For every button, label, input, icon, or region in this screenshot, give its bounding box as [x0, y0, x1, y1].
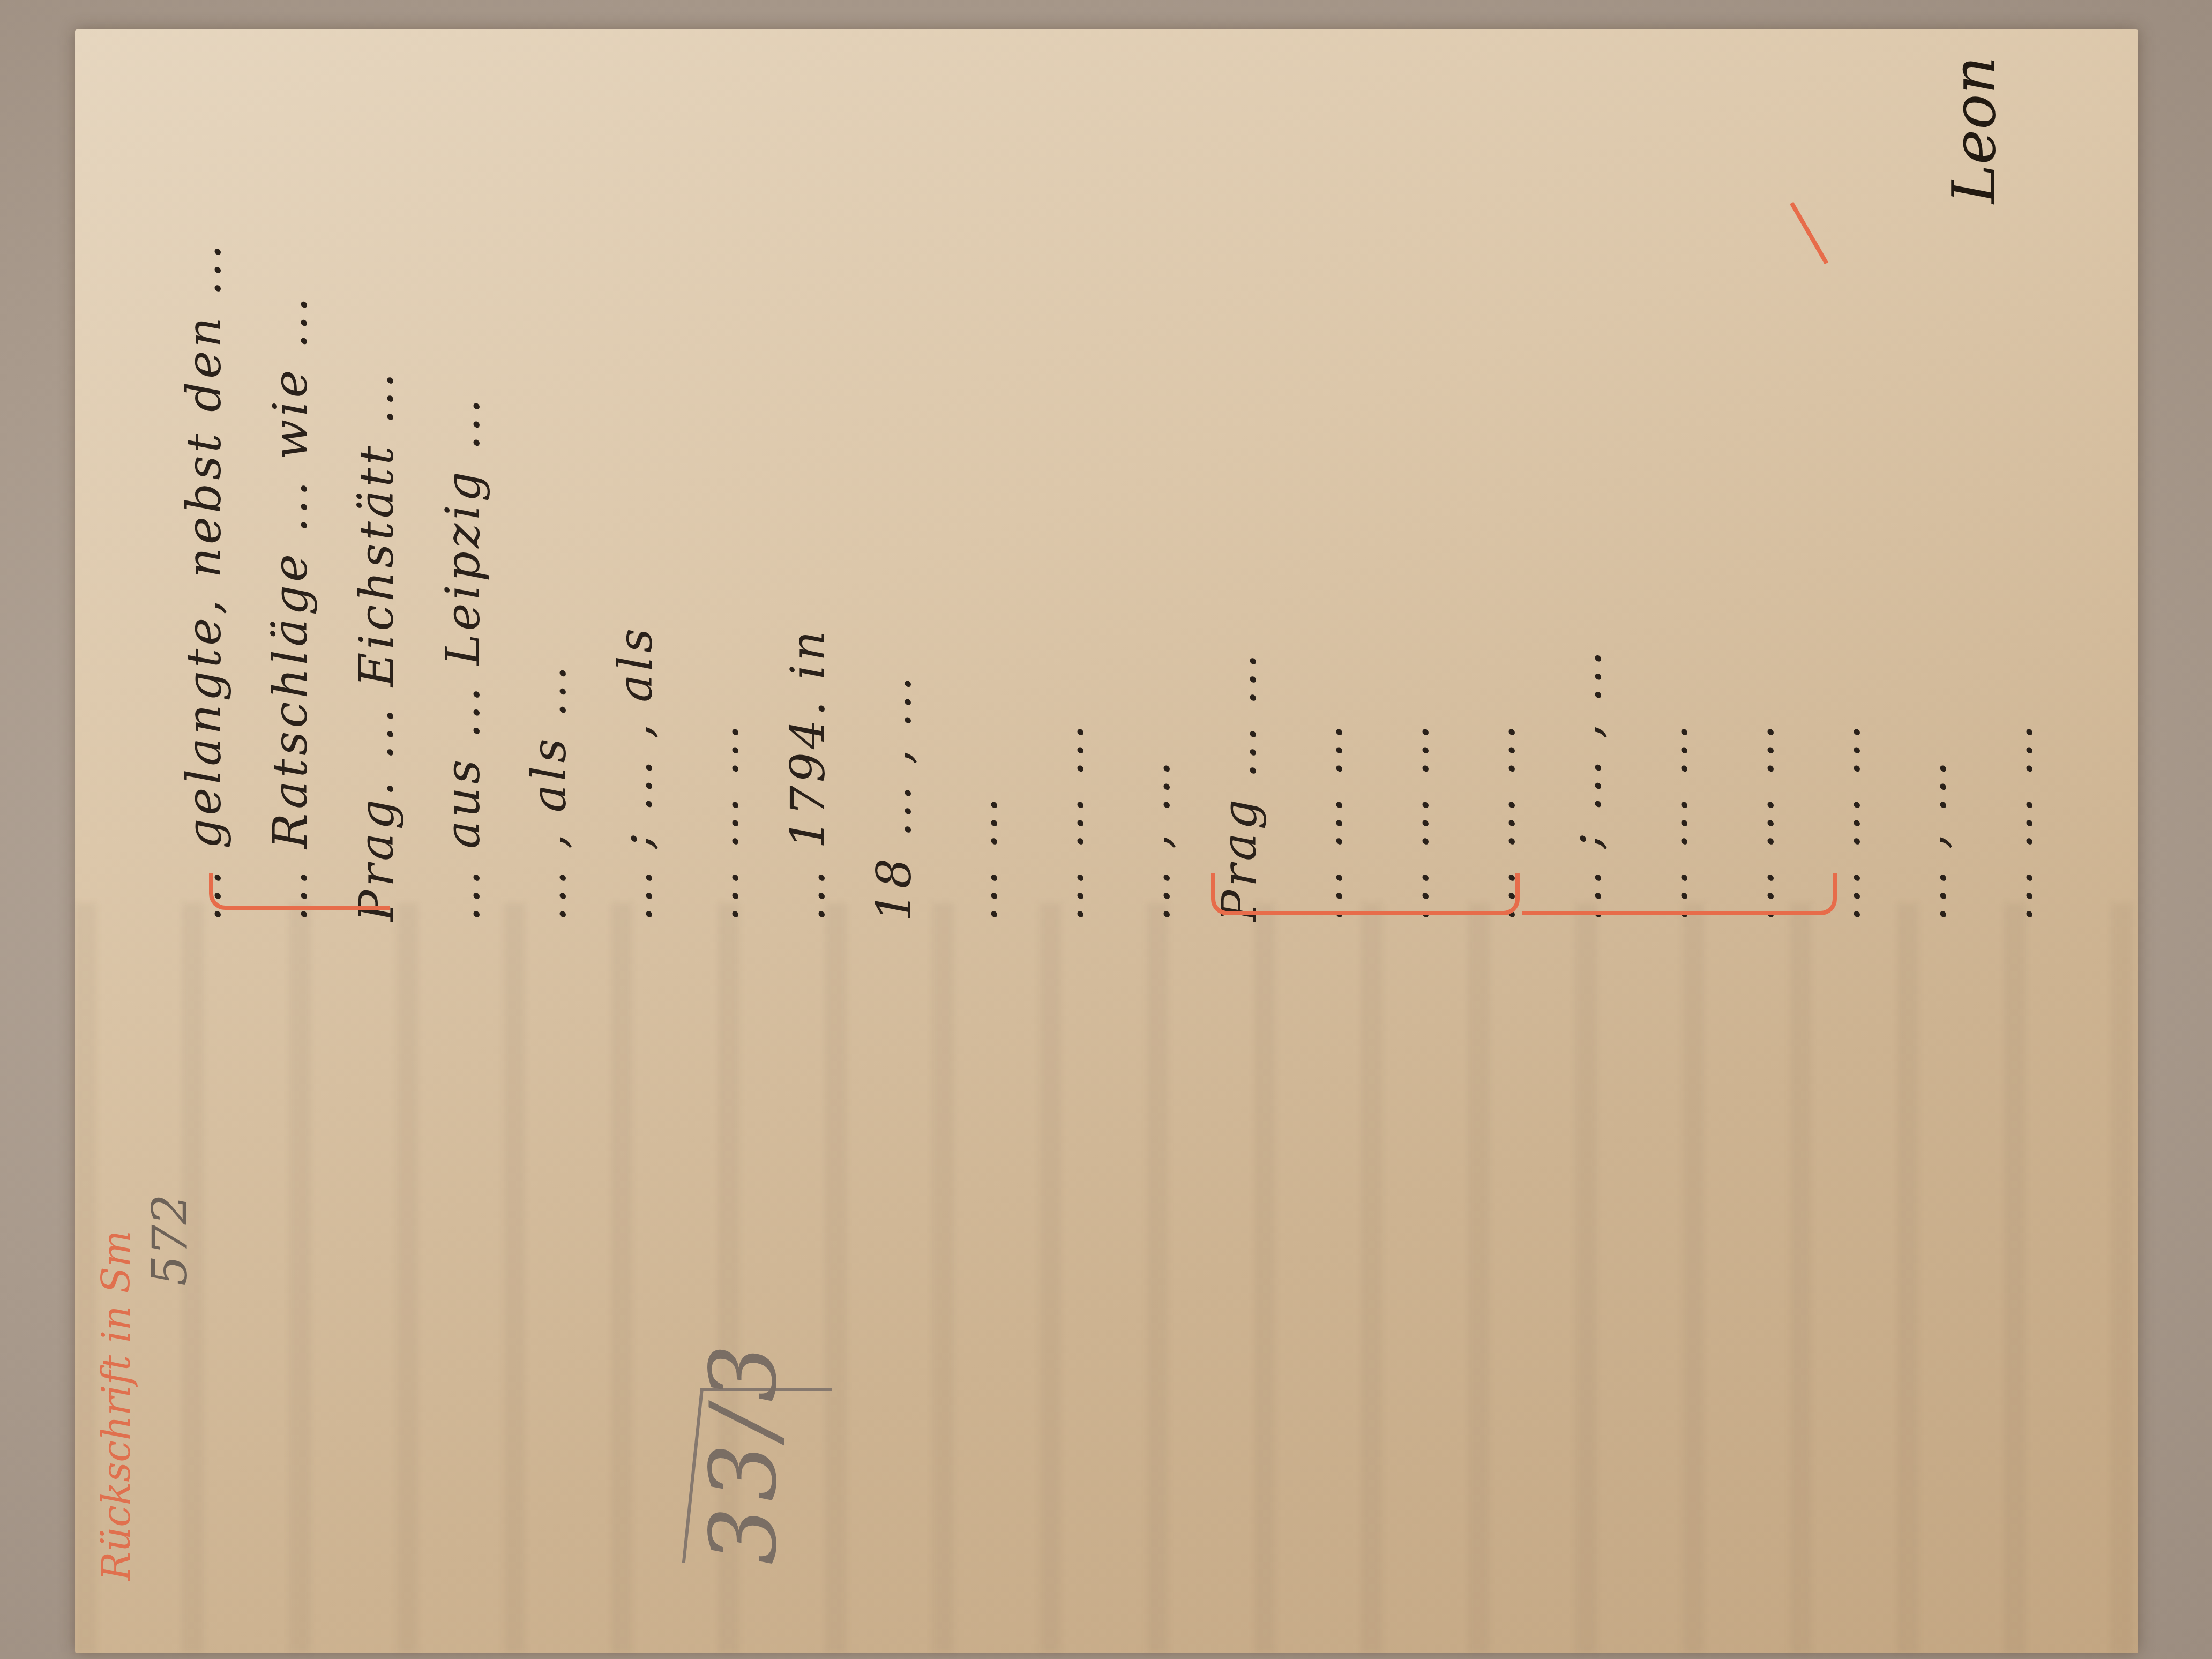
- text-line: ... gelangte, nebst den ...: [161, 43, 247, 922]
- text-line: ... ... ...: [678, 43, 765, 922]
- text-line: ... ... ...: [1714, 43, 1800, 922]
- handwritten-text-block: ... gelangte, nebst den ... ... Ratschlä…: [161, 43, 2036, 922]
- text-line: ... ; ... , als: [592, 43, 678, 922]
- page-number: 572: [142, 1194, 198, 1286]
- signature: Leon: [1940, 56, 2008, 204]
- text-line: ... ... ...: [1282, 43, 1369, 922]
- text-line: ... ... ...: [1627, 43, 1714, 922]
- text-line: 18 ... , ...: [851, 43, 937, 922]
- text-line: ... ... ...: [1023, 43, 1110, 922]
- text-line: ... ...: [937, 43, 1023, 922]
- text-line: Prag. ... Eichstätt ...: [333, 43, 420, 922]
- folio-mark: 33/3: [691, 1339, 797, 1565]
- text-line: ... ... ...: [1800, 43, 1886, 922]
- red-margin-note: Rückschrift in Sm: [94, 1230, 139, 1581]
- text-line: ... aus ... Leipzig ...: [420, 43, 506, 922]
- text-line: ... , als ...: [506, 43, 592, 922]
- text-line: ... ... ...: [1455, 43, 1541, 922]
- red-margin-bracket: [209, 873, 390, 910]
- text-line: ... , ...: [1110, 43, 1196, 922]
- red-margin-bracket: [1211, 873, 1520, 915]
- bleed-through-text: [75, 903, 2138, 1653]
- text-line: ... ... ...: [1369, 43, 1455, 922]
- text-line: ... 1794. in: [765, 43, 851, 922]
- text-line: ... Ratschläge ... wie ...: [247, 43, 333, 922]
- text-line: Prag ... ...: [1196, 43, 1282, 922]
- red-margin-bracket: [1522, 873, 1837, 915]
- text-line: ... ; ... , ...: [1541, 43, 1627, 922]
